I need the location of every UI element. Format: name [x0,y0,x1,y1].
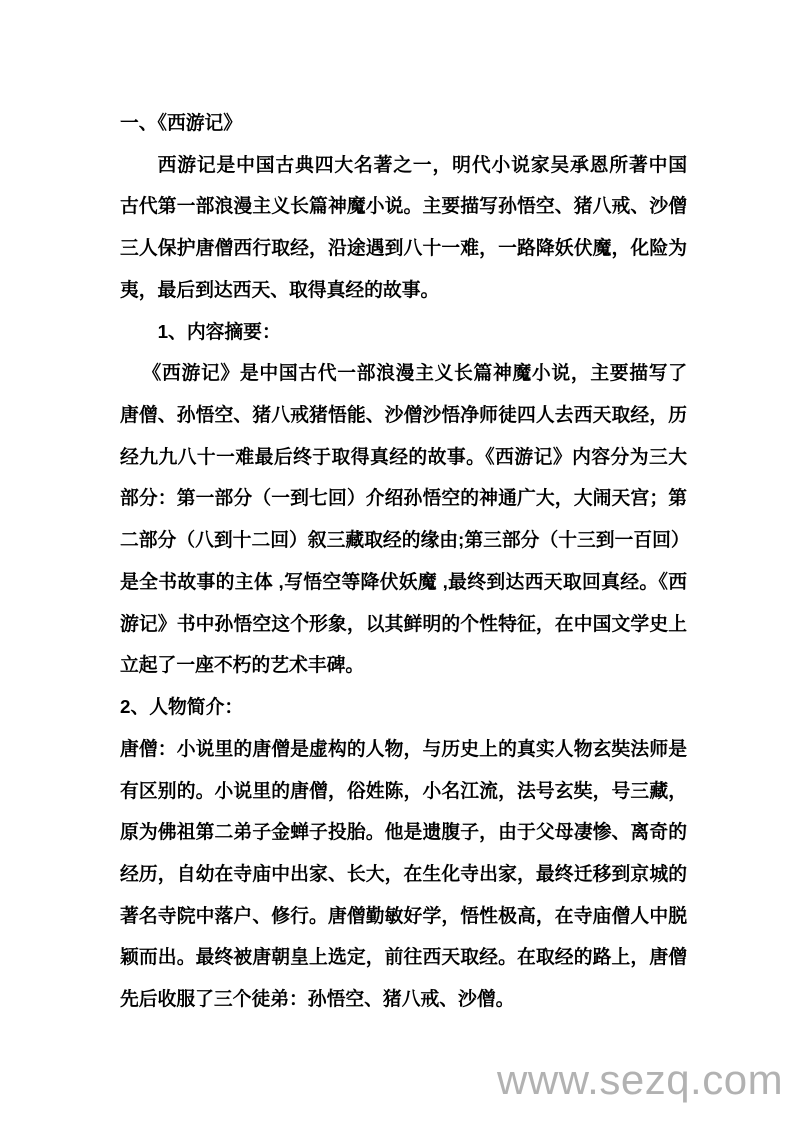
document-page: { "page": { "background_color": "#ffffff… [0,0,800,1131]
document-body: 一、《西游记》西游记是中国古典四大名著之一，明代小说家吴承恩所著中国古代第一部浪… [120,102,687,1020]
text-line: 《西游记》是中国古代一部浪漫主义长篇神魔小说，主要描写了 [120,352,687,394]
text-line: 部分：第一部分（一到七回）介绍孙悟空的神通广大，大闹天宫；第 [120,477,687,519]
text-line: 2、人物简介： [120,686,687,728]
text-line: 唐僧、孙悟空、猪八戒猪悟能、沙僧沙悟净师徒四人去西天取经，历 [120,394,687,436]
text-line: 1、内容摘要： [120,311,687,353]
text-line: 古代第一部浪漫主义长篇神魔小说。主要描写孙悟空、猪八戒、沙僧 [120,185,687,227]
text-line: 经九九八十一难最后终于取得真经的故事。《西游记》内容分为三大 [120,436,687,478]
text-line: 是全书故事的主体 ,写悟空等降伏妖魔 ,最终到达西天取回真经。《西 [120,561,687,603]
text-line: 西游记是中国古典四大名著之一，明代小说家吴承恩所著中国 [120,144,687,186]
text-line: 夷，最后到达西天、取得真经的故事。 [120,269,687,311]
text-line: 一、《西游记》 [120,102,687,144]
text-line: 二部分（八到十二回）叙三藏取经的缘由;第三部分（十三到一百回） [120,519,687,561]
text-line: 颖而出。最终被唐朝皇上选定，前往西天取经。在取经的路上，唐僧 [120,936,687,978]
watermark-text: www.sezq.com [497,1056,783,1104]
text-line: 原为佛祖第二弟子金蝉子投胎。他是遗腹子，由于父母凄惨、离奇的 [120,811,687,853]
text-line: 先后收服了三个徒弟：孙悟空、猪八戒、沙僧。 [120,978,687,1020]
text-line: 唐僧：小说里的唐僧是虚构的人物，与历史上的真实人物玄奘法师是 [120,728,687,770]
text-line: 立起了一座不朽的艺术丰碑。 [120,644,687,686]
text-line: 经历，自幼在寺庙中出家、长大，在生化寺出家，最终迁移到京城的 [120,853,687,895]
text-line: 有区别的。小说里的唐僧，俗姓陈，小名江流，法号玄奘，号三藏， [120,770,687,812]
text-line: 三人保护唐僧西行取经，沿途遇到八十一难，一路降妖伏魔，化险为 [120,227,687,269]
text-line: 游记》书中孙悟空这个形象，以其鲜明的个性特征，在中国文学史上 [120,603,687,645]
text-line: 著名寺院中落户、修行。唐僧勤敏好学，悟性极高，在寺庙僧人中脱 [120,895,687,937]
